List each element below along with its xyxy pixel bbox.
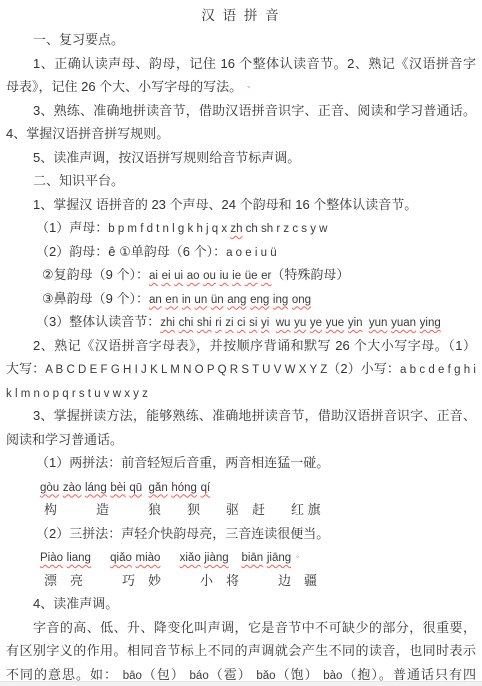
pinyin-word-squiggle: ing [273,294,288,306]
text-line: 4、读准声调。 [6,592,476,616]
pinyin-word-squiggle: un [194,294,207,306]
pinyin-word-squiggle: ying [420,317,441,329]
pinyin-text: k l m n o p q r s t u v w x y z [6,388,148,400]
pinyin-word-squiggle: ie [232,270,241,282]
text-line: 二、知识平台。 [6,169,476,193]
pinyin-word-squiggle: shi [197,317,212,329]
text-line: 1、掌握汉 语拼音的 23 个声母、24 个韵母和 16 个整体认读音节。 [6,193,476,217]
text-line: 构 造 狼 狈 驱 赶 红 旗 [6,498,476,522]
body-text: 3、熟练、准确地拼读音节，借助汉语拼音识字、正音、阅读和学习普通话。 [33,103,476,118]
body-text: 二、知识平台。 [33,173,124,188]
pinyin-word-squiggle: xiǎo [180,552,201,564]
text-line: 4、掌握汉语拼音拼写规则。 [6,122,476,146]
pinyin-word-squiggle: an [149,294,162,306]
text-line: 字音的高、低、升、降变化叫声调，它是音节中不可缺少的部分，很重要， [6,616,476,640]
body-text: 有区别字义的作用。相同音节标上不同的声调就会产生不同的读音，也同时表示 [6,643,476,658]
document-page: 汉 语 拼 音 一、复习要点。1、正确认读声母、韵母，记住 16 个整体认读音节… [0,0,482,686]
pinyin-text [91,552,110,564]
pinyin-word-squiggle: in [182,294,191,306]
page-bottom-edge [0,681,482,686]
spellcheck-mark-icon: ˇ [247,85,250,95]
pinyin-word-squiggle: yu [294,317,306,329]
spellcheck-mark-icon: ˇ [296,555,299,565]
text-line: （2）韵母：ê ①单韵母（6 个）：a o e i u ü [6,240,476,264]
pinyin-word-squiggle: yin [348,317,363,329]
body-text: （抱）。普通话只有四 [342,667,476,682]
pinyin-word-squiggle: jiàng [204,552,228,564]
pinyin-word-squiggle: báo [190,670,209,682]
pinyin-word-squiggle: ye [310,317,322,329]
pinyin-word-squiggle: miào [136,552,161,564]
pinyin-word-squiggle: zi [225,317,233,329]
pinyin-word-squiggle: eng [250,294,269,306]
pinyin-word-squiggle: ang [227,294,246,306]
body-text: 1、正确认读声母、韵母，记住 16 个整体认读音节。2、熟记《汉语拼音字 [33,56,476,71]
body-text: 一、复习要点。 [33,32,124,47]
body-text: 4、掌握汉语拼音拼写规则。 [6,126,169,141]
body-text: 漂 亮 巧 妙 小 将 边 疆 [44,573,317,588]
pinyin-word-squiggle: ai [149,270,158,282]
pinyin-word-squiggle: liang [67,552,91,564]
body-text: （2）三拼法：声轻介快韵母亮，三音连读很便当。 [36,526,329,541]
pinyin-word-squiggle: qiǎo [110,552,132,564]
pinyin-word-squiggle: qū [129,482,142,494]
text-line: gòu zào láng bèi qū gǎn hóng qí [6,475,476,499]
text-line: （3）整体认读音节：zhi chi shi ri zi ci si yi wu … [6,310,476,334]
text-line: 2、熟记《汉语拼音字母表》，并按顺序背诵和默写 26 个大小写字母。（1） [6,334,476,358]
body-text: 4、读准声调。 [33,596,118,611]
text-line: （2）三拼法：声轻介快韵母亮，三音连读很便当。 [6,522,476,546]
pinyin-word-squiggle: zào [63,482,82,494]
pinyin-word-squiggle: chi [179,317,194,329]
text-line: 有区别字义的作用。相同音节标上不同的声调就会产生不同的读音，也同时表示 [6,639,476,663]
text-line: 1、正确认读声母、韵母，记住 16 个整体认读音节。2、熟记《汉语拼音字 [6,52,476,76]
body-text: 不同的意思。如： [6,667,123,682]
body-text: （饱） [276,667,324,682]
text-line: 3、熟练、准确地拼读音节，借助汉语拼音识字、正音、阅读和学习普通话。 [6,99,476,123]
text-line: （1）声母：b p m f d t n l g k h j q x zh ch … [6,216,476,240]
pinyin-word-squiggle: yun [369,317,388,329]
body-text: 2、熟记《汉语拼音字母表》，并按顺序背诵和默写 26 个大小写字母。（1） [33,338,476,353]
pinyin-word-squiggle: ui [174,270,183,282]
pinyin-word-squiggle: láng [85,482,107,494]
pinyin-word-squiggle: iu [220,270,229,282]
body-text: （1）两拼法：前音轻短后音重，两音相连猛一碰。 [36,455,329,470]
body-text: 字音的高、低、升、降变化叫声调，它是音节中不可缺少的部分，很重要， [33,620,476,635]
text-line: 大写：A B C D E F G H I J K L M N O P Q R S… [6,357,476,381]
body-text: （2）韵母：ê ①单韵母（6 个）： [36,244,226,259]
pinyin-word-squiggle: ün [211,294,224,306]
pinyin-word-squiggle: gǎn [149,482,168,494]
body-text: 5、读准声调，按汉语拼写规则给音节标声调。 [33,150,300,165]
body-text: 大写： [6,361,45,376]
text-line: k l m n o p q r s t u v w x y z [6,381,476,405]
pinyin-word-squiggle: er [261,270,271,282]
text-line: 一、复习要点。 [6,28,476,52]
body-text: （2）小写： [327,361,400,376]
body-text: （特殊韵母） [271,267,349,282]
body-text: 构 造 狼 狈 驱 赶 红 旗 [44,502,321,517]
pinyin-word-squiggle: ci [237,317,245,329]
document-lines: 一、复习要点。1、正确认读声母、韵母，记住 16 个整体认读音节。2、熟记《汉语… [0,28,482,686]
pinyin-word-squiggle: en [165,294,178,306]
text-line: 3、掌握拼读方法，能够熟练、准确地拼读音节，借助汉语拼音识字、正音、 [6,404,476,428]
pinyin-word-squiggle: jiāng [267,552,291,564]
pinyin-word-squiggle: zhi [160,317,175,329]
pinyin-word-squiggle: üe [245,270,258,282]
text-line: 5、读准声调，按汉语拼写规则给音节标声调。 [6,146,476,170]
pinyin-word-squiggle: hóng [171,482,197,494]
pinyin-text: ch sh r z c s y w [242,223,327,235]
pinyin-word-squiggle: bào [323,670,342,682]
pinyin-word-squiggle: si [249,317,257,329]
body-text: 阅读和学习普通话。 [6,432,123,447]
pinyin-word-squiggle: yue [326,317,345,329]
pinyin-word-squiggle: ao [187,270,200,282]
pinyin-text: a o e i u ü [226,247,277,259]
pinyin-text [229,552,242,564]
body-text: （3）整体认读音节： [36,314,160,329]
body-text: （包） [142,667,190,682]
pinyin-word-squiggle: bèi [110,482,125,494]
text-line: Piào liang qiǎo miào xiǎo jiàng biān jiā… [6,545,476,569]
text-line: 阅读和学习普通话。 [6,428,476,452]
text-line: 漂 亮 巧 妙 小 将 边 疆 [6,569,476,593]
body-text: ③鼻韵母（9 个）： [42,291,149,306]
pinyin-word-squiggle: Piào [40,552,63,564]
text-line: ③鼻韵母（9 个）：an en in un ün ang eng ing ong [6,287,476,311]
body-text: 母表》，记住 26 个大、小写字母的写法。 [6,79,242,94]
pinyin-word-squiggle: zh [230,223,242,235]
pinyin-word-squiggle: ong [292,294,311,306]
pinyin-word-squiggle: gòu [40,482,59,494]
pinyin-word-squiggle: ri [215,317,221,329]
pinyin-word-squiggle: ei [162,270,171,282]
pinyin-word-squiggle: bǎo [256,670,275,682]
text-line: 母表》，记住 26 个大、小写字母的写法。ˇ [6,75,476,99]
page-title: 汉 语 拼 音 [0,0,482,28]
body-text: 3、掌握拼读方法，能够熟练、准确地拼读音节，借助汉语拼音识字、正音、 [33,408,476,423]
text-line: （1）两拼法：前音轻短后音重，两音相连猛一碰。 [6,451,476,475]
pinyin-text: b p m f d t n l g k h j q x [108,223,230,235]
body-text: （1）声母： [36,220,108,235]
body-text: ②复韵母（9 个）： [42,267,149,282]
pinyin-word-squiggle: qí [201,482,211,494]
body-text: 1、掌握汉 语拼音的 23 个声母、24 个韵母和 16 个整体认读音节。 [33,197,417,212]
pinyin-word-squiggle: wu [276,317,291,329]
body-text: （雹） [209,667,257,682]
pinyin-text [160,552,179,564]
pinyin-word-squiggle: bāo [123,670,142,682]
pinyin-text: A B C D E F G H I J K L M N O P Q R S T … [45,364,327,376]
pinyin-word-squiggle: ou [203,270,216,282]
text-line: ②复韵母（9 个）：ai ei ui ao ou iu ie üe er（特殊韵… [6,263,476,287]
pinyin-word-squiggle: biān [241,552,263,564]
pinyin-word-squiggle: yuan [391,317,416,329]
